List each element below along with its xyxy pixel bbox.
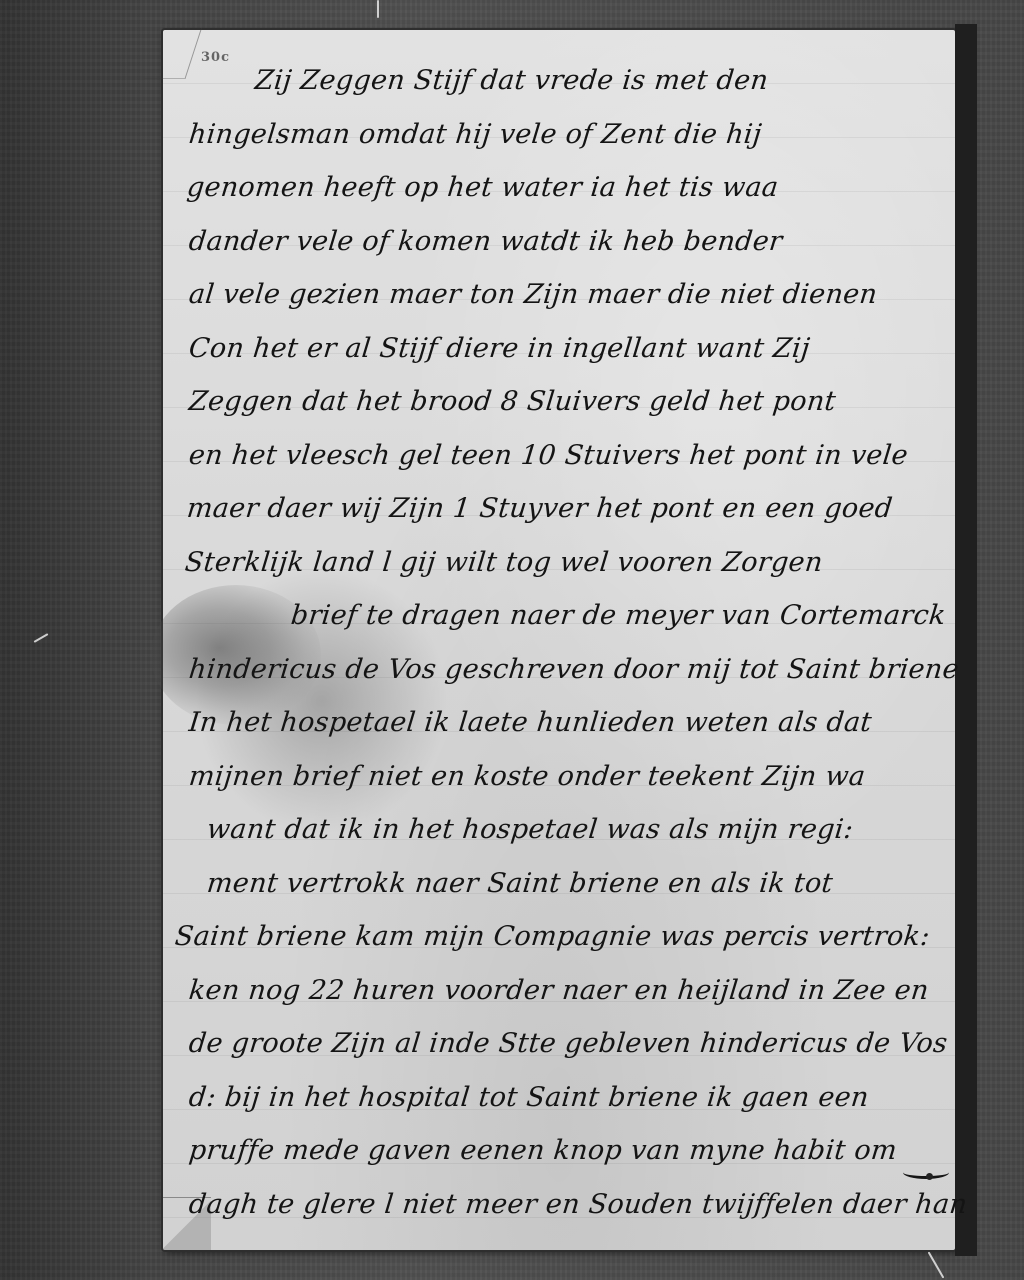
text-line: hingelsman omdat hij vele of Zent die hi…: [168, 108, 954, 162]
text-line: pruffe mede gaven eenen knop van myne ha…: [168, 1124, 954, 1178]
text-line: brief te dragen naer de meyer van Cortem…: [168, 589, 954, 643]
text-line: In het hospetael ik laete hunlieden wete…: [168, 696, 954, 750]
page-edge-shadow: [955, 24, 977, 1256]
text-line: dander vele of komen watdt ik heb bender: [168, 215, 954, 269]
scanner-backdrop: [0, 0, 150, 1280]
text-line: ment vertrokk naer Saint briene en als i…: [168, 857, 954, 911]
ink-blot: [926, 1173, 933, 1180]
text-line: Sterklijk land l gij wilt tog wel vooren…: [168, 536, 954, 590]
text-line: want dat ik in het hospetael was als mij…: [168, 803, 954, 857]
scan-scratch: [377, 0, 379, 18]
text-line: Con het er al Stijf diere in ingellant w…: [168, 322, 954, 376]
text-line: ken nog 22 huren voorder naer en heijlan…: [168, 964, 954, 1018]
text-line: Zij Zeggen Stijf dat vrede is met den: [168, 54, 954, 108]
text-line: de groote Zijn al inde Stte gebleven hin…: [168, 1017, 954, 1071]
text-line: maer daer wij Zijn 1 Stuyver het pont en…: [168, 482, 954, 536]
text-line: hindericus de Vos geschreven door mij to…: [168, 643, 954, 697]
text-line: mijnen brief niet en koste onder teekent…: [168, 750, 954, 804]
text-line: genomen heeft op het water ia het tis wa…: [168, 161, 954, 215]
text-line: dagh te glere l niet meer en Souden twij…: [168, 1178, 954, 1232]
text-line: al vele gezien maer ton Zijn maer die ni…: [168, 268, 954, 322]
text-line: en het vleesch gel teen 10 Stuivers het …: [168, 429, 954, 483]
handwritten-text: Zij Zeggen Stijf dat vrede is met den hi…: [171, 54, 951, 1231]
text-line: Zeggen dat het brood 8 Sluivers geld het…: [168, 375, 954, 429]
text-line: Saint briene kam mijn Compagnie was perc…: [168, 910, 954, 964]
scan-scratch: [928, 1252, 945, 1279]
text-line: d: bij in het hospital tot Saint briene …: [168, 1071, 954, 1125]
letter-page: 30c Zij Zeggen Stijf dat vrede is met de…: [163, 30, 955, 1250]
